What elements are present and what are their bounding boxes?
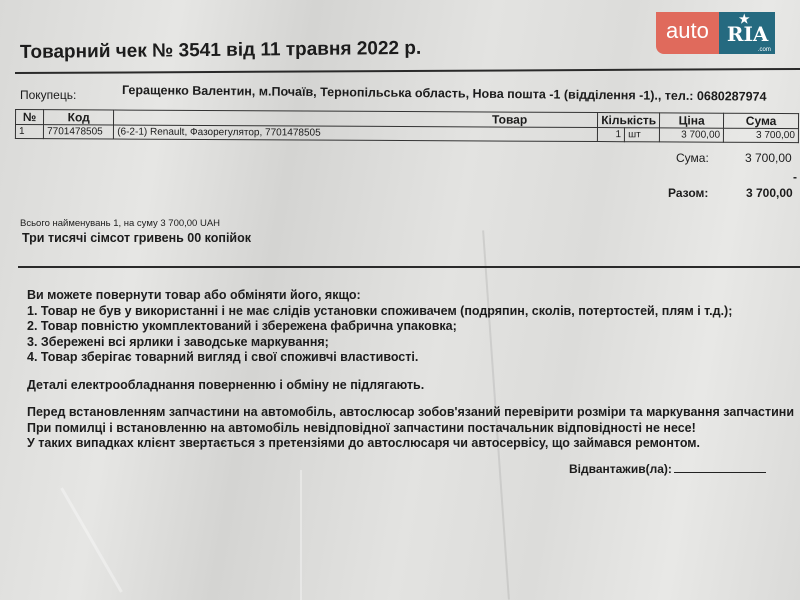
cell-sum: 3 700,00 (724, 128, 799, 142)
signature-label: Відвантажив(ла): (569, 462, 672, 476)
electrical-note: Деталі електрообладнання поверненню і об… (27, 378, 794, 394)
install-note: Перед встановленням запчастини на автомо… (27, 405, 794, 421)
sum-label: Сума: (676, 151, 709, 165)
col-code: Код (44, 110, 114, 125)
terms-item: 2. Товар повністю укомплектований і збер… (27, 319, 794, 335)
star-icon: ★ (739, 12, 750, 26)
cell-price: 3 700,00 (660, 128, 724, 142)
paper-crease (300, 470, 302, 600)
divider (18, 266, 800, 268)
install-note: При помилці і встановленню на автомобіль… (27, 421, 794, 437)
watermark-ria: ★ RIA .com (719, 12, 775, 54)
col-no: № (15, 110, 43, 125)
buyer-label: Покупець: (20, 88, 76, 102)
col-price: Ціна (660, 113, 724, 128)
cell-item: (6-2-1) Renault, Фазорегулятор, 77014785… (114, 125, 598, 142)
terms-item: 1. Товар не був у використанні і не має … (27, 304, 794, 320)
terms-item: 4. Товар зберігає товарний вигляд і свої… (27, 350, 794, 366)
cell-no: 1 (15, 125, 43, 139)
signature-field: Відвантажив(ла): (569, 462, 766, 476)
paper-crease (60, 487, 123, 592)
install-note: У таких випадках клієнт звертається з пр… (27, 436, 794, 452)
autoria-watermark: auto ★ RIA .com (656, 12, 775, 54)
cell-qty: 1 (598, 128, 625, 142)
signature-line (674, 472, 766, 473)
divider (15, 68, 800, 74)
col-sum: Сума (724, 113, 799, 128)
watermark-auto: auto (656, 12, 719, 54)
items-count-line: Всього найменувань 1, на суму 3 700,00 U… (20, 218, 220, 229)
sum-value: 3 700,00 (745, 151, 792, 165)
terms-intro: Ви можете повернути товар або обміняти й… (27, 288, 794, 304)
buyer-value: Геращенко Валентин, м.Почаїв, Тернопільс… (122, 83, 767, 104)
terms-item: 3. Збережені всі ярлики і заводське марк… (27, 335, 794, 351)
receipt-title: Товарний чек № 3541 від 11 травня 2022 р… (20, 38, 421, 64)
return-terms: Ви можете повернути товар або обміняти й… (27, 288, 794, 452)
items-table: № Код Товар Кількість Ціна Сума 1 770147… (15, 109, 799, 143)
col-qty: Кількість (598, 113, 660, 128)
total-label: Разом: (668, 186, 708, 200)
separator-mark: - (793, 170, 797, 184)
cell-unit: шт (625, 128, 660, 142)
cell-code: 7701478505 (44, 125, 114, 139)
total-value: 3 700,00 (746, 186, 793, 200)
amount-in-words: Три тисячі сімсот гривень 00 копійок (22, 231, 251, 245)
